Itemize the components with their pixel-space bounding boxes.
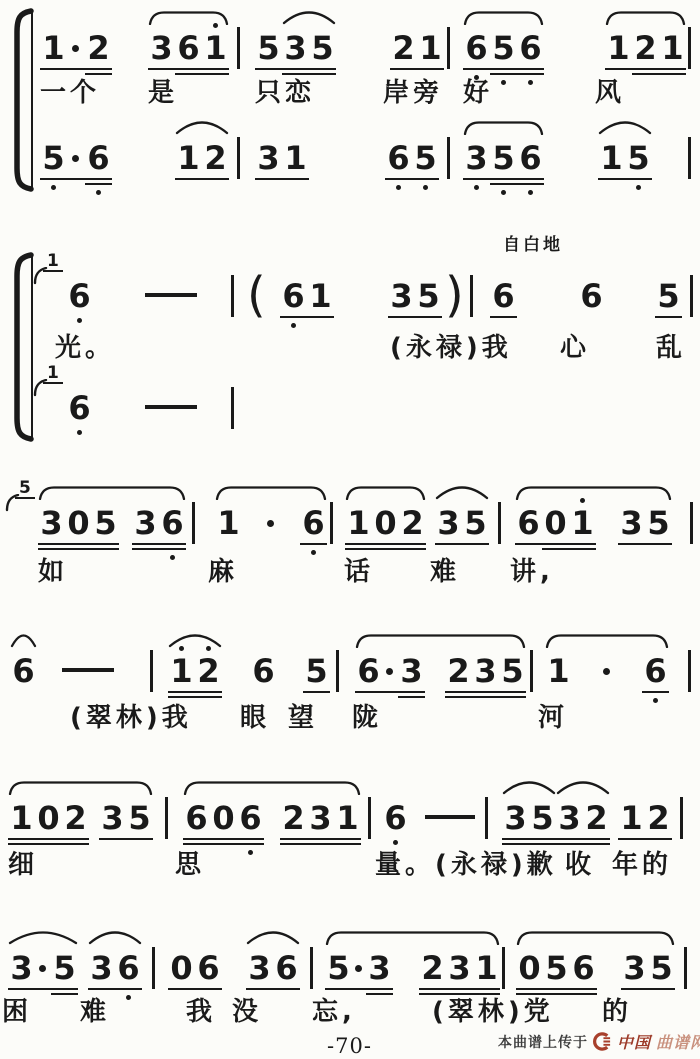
beam-line xyxy=(445,696,472,698)
note-group: 56 xyxy=(40,140,112,176)
slur-arc xyxy=(598,119,652,135)
dash-note xyxy=(145,405,197,409)
beam-line xyxy=(345,543,372,545)
note-group: 16 xyxy=(215,505,327,541)
note-cell: 2 xyxy=(583,800,610,836)
note-cell: 1 xyxy=(215,505,242,541)
dot-of-duration xyxy=(386,668,393,675)
beam-line xyxy=(642,691,669,693)
beam-line xyxy=(67,178,85,180)
note-group: 30536 xyxy=(38,505,186,541)
lyric-line: 困难我没忘,(翠林)党的 xyxy=(0,997,700,1031)
note-group: 356 xyxy=(463,140,544,176)
beam-line xyxy=(168,691,195,693)
beam-line xyxy=(237,838,264,840)
note-group: 12 xyxy=(175,140,229,176)
note-cell: 5 xyxy=(325,950,352,986)
note-cell: 3 xyxy=(282,30,309,66)
note-cell: 1 xyxy=(659,30,686,66)
beam-line xyxy=(325,988,352,990)
note-cell: 1 xyxy=(473,950,500,986)
note-cell: 6 xyxy=(273,950,300,986)
barline xyxy=(470,275,473,317)
beam-gap xyxy=(89,800,99,836)
lyric: 望 xyxy=(288,703,318,733)
note-cell: 3 xyxy=(255,140,282,176)
page-number: -70- xyxy=(327,1034,372,1058)
note-group: 36 xyxy=(246,950,300,986)
note-cell: 6 xyxy=(570,950,597,986)
barline xyxy=(502,947,505,989)
lyric: 收 xyxy=(565,850,595,880)
note-cell: 3 xyxy=(446,950,473,986)
slur-bracket xyxy=(355,632,526,648)
beam-line xyxy=(399,548,426,550)
grace-note: 5 xyxy=(6,479,36,515)
note-cell: 3 xyxy=(398,653,425,689)
note-cell: 1 xyxy=(417,30,444,66)
beam-gap xyxy=(119,505,132,541)
slur-bracket xyxy=(148,9,229,25)
beam-line xyxy=(382,691,398,693)
lyric-line: (翠林)我眼望陇河 xyxy=(0,703,700,737)
note-group: 5 xyxy=(655,278,682,314)
beam-line xyxy=(556,843,583,845)
beam-line xyxy=(8,843,35,845)
note-cell: 6 xyxy=(515,505,542,541)
low-octave-dot xyxy=(396,185,401,190)
beam-line xyxy=(529,838,556,840)
note-cell: 5 xyxy=(40,140,67,176)
note-cell: 5 xyxy=(529,800,556,836)
slur-bracket xyxy=(325,929,500,945)
note-group: 16 xyxy=(545,653,669,689)
notation-line: 530536161023560135 xyxy=(0,505,700,545)
note-cell: 6 xyxy=(463,30,490,66)
lyric: (永禄)我 xyxy=(390,333,512,363)
beam-line xyxy=(490,183,517,185)
system-5: 102356062316353212细思量。(永禄)歉收年的 xyxy=(0,785,700,899)
note-group: 656 xyxy=(463,30,544,66)
note-cell: 3 xyxy=(388,278,415,314)
beam-line xyxy=(605,68,632,70)
note-cell: 1 xyxy=(598,140,625,176)
beam-line xyxy=(390,68,417,70)
beam-line xyxy=(645,543,672,545)
note-cell: 1 xyxy=(282,140,309,176)
note-cell xyxy=(598,653,616,689)
notation-line: 16(6135)665 xyxy=(0,278,700,318)
note-cell: 6 xyxy=(517,30,544,66)
note-cell: 5 xyxy=(462,505,489,541)
barline xyxy=(150,650,153,692)
note-group: 35 xyxy=(8,950,78,986)
beam-line xyxy=(655,316,682,318)
note-cell: 3 xyxy=(463,140,490,176)
beam-line xyxy=(307,838,334,840)
slur-bracket xyxy=(545,632,669,648)
note-group: 35 xyxy=(388,278,442,314)
note-group: 121 xyxy=(605,30,686,66)
note-cell: 3 xyxy=(148,30,175,66)
dot-of-duration xyxy=(355,965,362,972)
note-cell: 5 xyxy=(645,505,672,541)
beam-line xyxy=(490,178,517,180)
beam-line xyxy=(570,993,597,995)
note-cell: 6 xyxy=(85,140,112,176)
open-paren: ( xyxy=(247,269,266,321)
beam-line xyxy=(446,993,473,995)
note-cell: 2 xyxy=(390,30,417,66)
note-group: 12 xyxy=(168,653,222,689)
beam-line xyxy=(334,843,361,845)
beam-line xyxy=(195,696,222,698)
slur-bracket xyxy=(345,484,426,500)
low-octave-dot xyxy=(77,318,82,323)
note-cell xyxy=(352,950,366,986)
note-cell: 6 xyxy=(66,390,93,426)
beam-line xyxy=(463,68,490,70)
note-cell: 5 xyxy=(92,505,119,541)
note-group: 53231 xyxy=(325,950,500,986)
note-group: 6 xyxy=(490,278,517,314)
note-cell: 6 xyxy=(66,278,93,314)
beam-line xyxy=(517,183,544,185)
note-cell: 2 xyxy=(419,950,446,986)
beam-gap xyxy=(242,505,262,541)
beam-line xyxy=(159,543,186,545)
note-cell: 3 xyxy=(38,505,65,541)
beam-line xyxy=(307,316,334,318)
watermark-site-name: 中国 xyxy=(617,1030,651,1053)
beam-line xyxy=(85,178,112,180)
barline xyxy=(368,797,371,839)
barline xyxy=(231,275,234,317)
lyric: 话 xyxy=(344,557,374,587)
beam-line xyxy=(645,838,672,840)
beam-line xyxy=(202,178,229,180)
beam-line xyxy=(92,548,119,550)
note-group: 10235 xyxy=(8,800,153,836)
note-cell: 2 xyxy=(645,800,672,836)
low-octave-dot xyxy=(636,185,641,190)
note-cell: 3 xyxy=(472,653,499,689)
note-cell: 2 xyxy=(195,653,222,689)
barline xyxy=(165,797,168,839)
system-6: 353606365323105635困难我没忘,(翠林)党的 xyxy=(0,925,700,1035)
lyric: 的 xyxy=(602,997,632,1027)
beam-line xyxy=(40,68,67,70)
notation-line: 16 xyxy=(0,390,700,430)
lyric: 一个 xyxy=(40,78,100,108)
note-cell: 5 xyxy=(655,278,682,314)
beam-line xyxy=(412,178,439,180)
beam-line xyxy=(583,838,610,840)
lyric: 难 xyxy=(80,997,110,1027)
beam-line xyxy=(282,178,309,180)
slur-arc xyxy=(88,929,142,945)
slur-arc xyxy=(282,9,336,25)
lyric: 难 xyxy=(430,557,460,587)
beam-line xyxy=(307,843,334,845)
beam-line xyxy=(499,696,526,698)
slur-bracket xyxy=(183,779,361,795)
beam-line xyxy=(542,543,569,545)
note-group: 6 xyxy=(66,278,93,314)
system-1: 1236153521656121一个是只恋岸旁好风5612316535615 xyxy=(0,8,700,213)
note-cell: 6 xyxy=(159,505,186,541)
beam-gap xyxy=(264,800,280,836)
note-cell: 6 xyxy=(115,950,142,986)
beam-line xyxy=(499,691,526,693)
barline xyxy=(237,137,240,179)
beam-line xyxy=(210,843,237,845)
beam-line xyxy=(502,843,529,845)
beam-line xyxy=(419,988,446,990)
beam-line xyxy=(85,68,112,70)
beam-line xyxy=(175,68,202,70)
beam-line xyxy=(632,73,659,75)
beam-line xyxy=(62,838,89,840)
note-group: 65 xyxy=(385,140,439,176)
note-cell: 2 xyxy=(445,653,472,689)
note-cell: 1 xyxy=(334,800,361,836)
beam-line xyxy=(195,988,222,990)
note-group: 60135 xyxy=(515,505,672,541)
beam-line xyxy=(126,838,153,840)
note-group: 21 xyxy=(390,30,444,66)
barline xyxy=(684,947,687,989)
note-cell: 5 xyxy=(51,950,78,986)
beam-line xyxy=(88,988,115,990)
lyric: 没 xyxy=(232,997,262,1027)
note-cell: 6 xyxy=(300,505,327,541)
beam-line xyxy=(168,988,195,990)
beam-line xyxy=(517,178,544,180)
note-cell: 5 xyxy=(309,30,336,66)
beam-gap xyxy=(597,950,621,986)
low-octave-dot xyxy=(501,190,506,195)
note-cell xyxy=(262,505,280,541)
beam-line xyxy=(334,838,361,840)
note-cell: 0 xyxy=(65,505,92,541)
beam-line xyxy=(446,988,473,990)
beam-line xyxy=(183,838,210,840)
beam-line xyxy=(490,316,517,318)
note-cell: 1 xyxy=(202,30,229,66)
beam-line xyxy=(366,993,393,995)
beam-line xyxy=(398,696,425,698)
note-cell: 5 xyxy=(126,800,153,836)
grace-note: 1 xyxy=(34,364,64,400)
lyric: 忘, xyxy=(312,997,356,1027)
lyric: 只恋 xyxy=(255,78,315,108)
note-cell: 1 xyxy=(345,505,372,541)
note-cell: 5 xyxy=(412,140,439,176)
note-cell: 0 xyxy=(372,505,399,541)
note-cell: 6 xyxy=(578,278,605,314)
note-cell: 5 xyxy=(303,653,330,689)
system-3: 530536161023560135如麻话难讲, xyxy=(0,478,700,592)
lyric: 好 xyxy=(463,78,493,108)
beam-line xyxy=(659,73,686,75)
slur-arc xyxy=(175,119,229,135)
grace-note: 1 xyxy=(34,252,64,288)
beam-line xyxy=(210,838,237,840)
page-footer: -70- 本曲谱上传于 中国 曲谱网 xyxy=(0,1028,700,1059)
barline xyxy=(237,27,240,69)
beam-line xyxy=(490,73,517,75)
beam-line xyxy=(67,68,85,70)
note-cell: 5 xyxy=(625,140,652,176)
lyric: 我 xyxy=(186,997,216,1027)
lyric: 眼 xyxy=(240,703,270,733)
note-group: 06 xyxy=(168,950,222,986)
barline xyxy=(690,502,693,544)
note-group: 31 xyxy=(255,140,309,176)
low-octave-dot xyxy=(423,185,428,190)
beam-line xyxy=(92,543,119,545)
note-cell: 6 xyxy=(280,278,307,314)
slur-arc xyxy=(168,632,222,648)
beam-line xyxy=(570,988,597,990)
beam-line xyxy=(159,548,186,550)
note-cell: 2 xyxy=(62,800,89,836)
slur-bracket xyxy=(515,484,672,500)
beam-line xyxy=(280,316,307,318)
lyric: (翠林)我 xyxy=(70,703,192,733)
slur-bracket xyxy=(463,9,544,25)
note-cell: 3 xyxy=(435,505,462,541)
low-octave-dot xyxy=(474,185,479,190)
lyric: 细 xyxy=(8,850,38,880)
beam-line xyxy=(183,843,210,845)
lyric-line: 一个是只恋岸旁好风 xyxy=(0,78,700,112)
note-cell: 0 xyxy=(210,800,237,836)
dot-of-duration xyxy=(72,45,79,52)
note-cell: 6 xyxy=(175,30,202,66)
lyric: 风 xyxy=(595,78,625,108)
site-logo-icon xyxy=(593,1032,612,1051)
beam-line xyxy=(300,543,327,545)
beam-line xyxy=(648,988,675,990)
lyric: 河 xyxy=(538,703,568,733)
beam-line xyxy=(388,316,415,318)
note-cell: 0 xyxy=(542,505,569,541)
low-octave-dot xyxy=(528,190,533,195)
note-group: 63235 xyxy=(355,653,526,689)
barline xyxy=(690,275,693,317)
lyric: 岸旁 xyxy=(383,78,443,108)
note-cell: 3 xyxy=(132,505,159,541)
note-cell: 3 xyxy=(88,950,115,986)
lyric: 光。 xyxy=(55,333,115,363)
beam-line xyxy=(473,993,500,995)
note-cell: 6 xyxy=(195,950,222,986)
low-octave-dot xyxy=(96,190,101,195)
note-cell xyxy=(67,30,85,66)
note-cell: 5 xyxy=(543,950,570,986)
beam-line xyxy=(621,988,648,990)
note-group: 35 xyxy=(435,505,489,541)
beam-line xyxy=(51,988,78,990)
beam-line xyxy=(502,838,529,840)
beam-line xyxy=(309,68,336,70)
note-cell: 5 xyxy=(255,30,282,66)
note-group: 6 xyxy=(10,653,37,689)
lyric: 是 xyxy=(148,78,178,108)
beam-line xyxy=(415,316,442,318)
note-group: 36 xyxy=(88,950,142,986)
beam-line xyxy=(490,68,517,70)
lyric: 年的 xyxy=(612,850,672,880)
note-cell: 6 xyxy=(237,800,264,836)
beam-line xyxy=(445,691,472,693)
beam-line xyxy=(202,68,229,70)
notation-line: 5612316535615 xyxy=(0,140,700,180)
note-cell: 1 xyxy=(605,30,632,66)
beam-line xyxy=(175,73,202,75)
note-cell: 1 xyxy=(618,800,645,836)
beam-line xyxy=(255,68,282,70)
note-cell: 5 xyxy=(490,30,517,66)
beam-line xyxy=(65,548,92,550)
beam-line xyxy=(543,988,570,990)
beam-gap xyxy=(280,505,300,541)
beam-line xyxy=(8,988,35,990)
dot-of-duration xyxy=(72,155,79,162)
beam-line xyxy=(195,691,222,693)
barline xyxy=(310,947,313,989)
beam-line xyxy=(463,178,490,180)
notation-line: 612656323516 xyxy=(0,653,700,693)
beam-line xyxy=(51,993,78,995)
beam-line xyxy=(35,843,62,845)
lyric: (翠林)党 xyxy=(432,997,554,1027)
barline xyxy=(485,797,488,839)
beam-line xyxy=(399,543,426,545)
notation-line: 1236153521656121 xyxy=(0,30,700,70)
beam-line xyxy=(352,988,366,990)
beam-line xyxy=(246,988,273,990)
note-cell: 3 xyxy=(8,950,35,986)
lyric: 陇 xyxy=(352,703,382,733)
beam-line xyxy=(132,543,159,545)
lyric: 如 xyxy=(38,557,68,587)
beam-line xyxy=(462,543,489,545)
beam-gap xyxy=(393,950,419,986)
beam-line xyxy=(115,988,142,990)
dot-of-duration xyxy=(39,965,46,972)
beam-line xyxy=(132,548,159,550)
beam-line xyxy=(202,73,229,75)
barline xyxy=(498,502,501,544)
beam-line xyxy=(38,548,65,550)
note-cell: 6 xyxy=(382,800,409,836)
beam-gap xyxy=(616,653,642,689)
note-cell: 3 xyxy=(618,505,645,541)
beam-line xyxy=(255,178,282,180)
note-cell: 5 xyxy=(648,950,675,986)
beam-line xyxy=(569,548,596,550)
note-cell: 6 xyxy=(385,140,412,176)
barline xyxy=(688,137,691,179)
beam-line xyxy=(618,838,645,840)
beam-line xyxy=(8,838,35,840)
beam-line xyxy=(282,73,309,75)
beam-line xyxy=(517,68,544,70)
beam-gap xyxy=(425,653,445,689)
